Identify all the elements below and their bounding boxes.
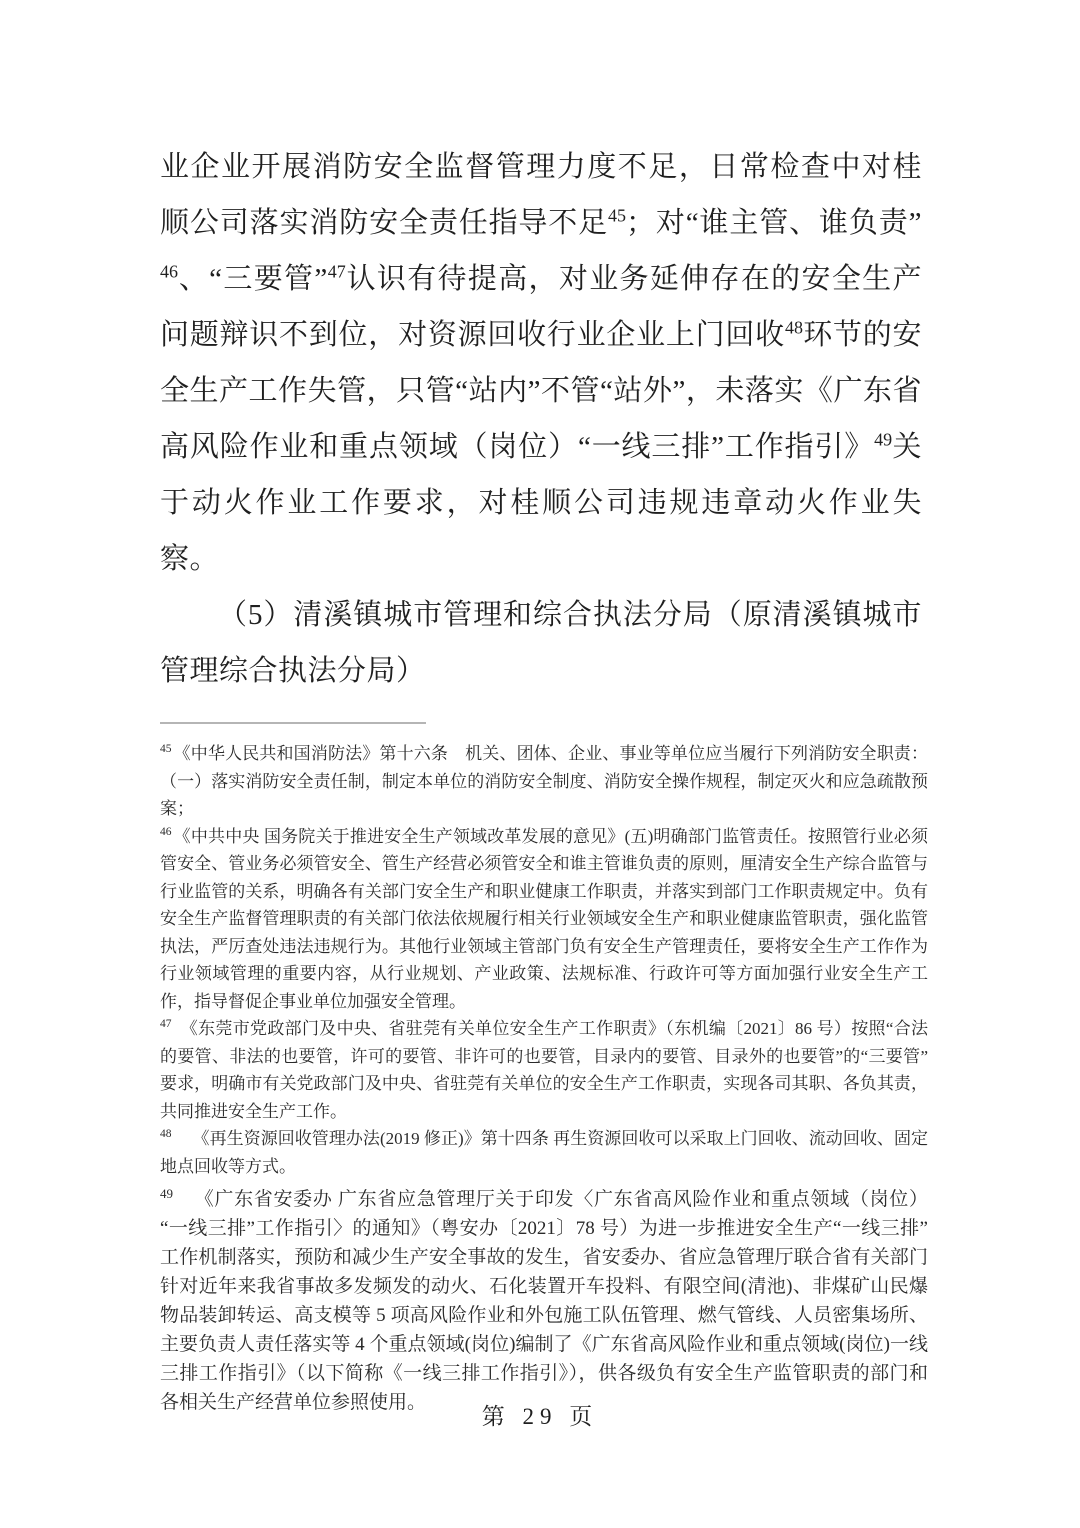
- footnote-marker: 48: [160, 1128, 172, 1140]
- footnote-text: 《广东省安委办 广东省应急管理厅关于印发〈广东省高风险作业和重点领域（岗位）“一…: [160, 1189, 928, 1413]
- footnote-marker: 46: [160, 826, 172, 838]
- footnote-ref-47: 47: [328, 261, 346, 281]
- footnote-text: 《再生资源回收管理办法(2019 修正)》第十四条 再生资源回收可以采取上门回收…: [160, 1129, 928, 1176]
- footnote-text: 《东莞市党政部门及中央、省驻莞有关单位安全生产工作职责》（东机编〔2021〕86…: [160, 1019, 928, 1121]
- page-number: 第 29 页: [0, 1398, 1080, 1431]
- footnote-item-45: 45《中华人民共和国消防法》第十六条 机关、团体、企业、事业等单位应当履行下列消…: [160, 740, 928, 823]
- body-paragraph-2: （5）清溪镇城市管理和综合执法分局（原清溪镇城市管理综合执法分局）: [160, 587, 922, 699]
- footnote-text: 《中共中央 国务院关于推进安全生产领域改革发展的意见》(五)明确部门监管责任。按…: [160, 827, 928, 1011]
- footnote-text: 《中华人民共和国消防法》第十六条 机关、团体、企业、事业等单位应当履行下列消防安…: [160, 744, 928, 818]
- main-text-block: 业企业开展消防安全监督管理力度不足，日常检查中对桂顺公司落实消防安全责任指导不足…: [160, 139, 922, 699]
- footnote-item-46: 46《中共中央 国务院关于推进安全生产领域改革发展的意见》(五)明确部门监管责任…: [160, 823, 928, 1016]
- footnote-section: 45《中华人民共和国消防法》第十六条 机关、团体、企业、事业等单位应当履行下列消…: [160, 722, 928, 1417]
- footnote-item-48: 48《再生资源回收管理办法(2019 修正)》第十四条 再生资源回收可以采取上门…: [160, 1125, 928, 1180]
- document-page: 业企业开展消防安全监督管理力度不足，日常检查中对桂顺公司落实消防安全责任指导不足…: [0, 0, 1080, 1528]
- body-text-segment: 、“三要管”: [178, 263, 328, 295]
- footnote-marker: 45: [160, 743, 172, 755]
- footnote-item-47: 47《东莞市党政部门及中央、省驻莞有关单位安全生产工作职责》（东机编〔2021〕…: [160, 1015, 928, 1125]
- body-paragraph-1: 业企业开展消防安全监督管理力度不足，日常检查中对桂顺公司落实消防安全责任指导不足…: [160, 139, 922, 587]
- footnote-ref-46: 46: [160, 261, 178, 281]
- body-text-segment: ；对“谁主管、谁负责”: [626, 207, 922, 239]
- footnote-separator: [160, 722, 426, 724]
- footnote-item-49: 49《广东省安委办 广东省应急管理厅关于印发〈广东省高风险作业和重点领域（岗位）…: [160, 1185, 928, 1417]
- footnote-marker: 47: [160, 1018, 172, 1030]
- footnote-ref-49: 49: [874, 429, 892, 449]
- footnote-marker: 49: [160, 1186, 173, 1201]
- footnote-ref-48: 48: [785, 317, 803, 337]
- footnote-ref-45: 45: [608, 205, 626, 225]
